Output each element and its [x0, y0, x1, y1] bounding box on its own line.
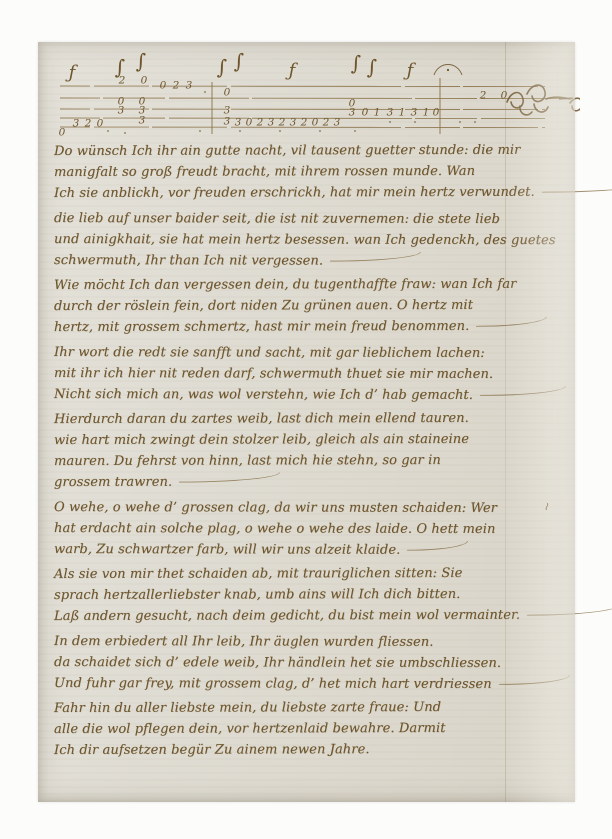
tab-digit: 3	[186, 80, 193, 92]
tab-dot	[279, 130, 281, 132]
line-end-swash	[330, 252, 421, 262]
manuscript-line: die lieb auf unser baider seit, die ist …	[54, 208, 574, 230]
rhythm-stem: ∫	[136, 49, 146, 73]
stanza: die lieb auf unser baider seit, die ist …	[54, 208, 574, 271]
rhythm-flag-f: ƒ	[285, 60, 299, 81]
stanza: Ihr wort die redt sie sanfft und sacht, …	[54, 342, 574, 405]
staff-line	[60, 98, 572, 99]
tab-dot	[204, 91, 206, 93]
rhythm-flag-f: ƒ	[403, 60, 417, 81]
manuscript-line: mauren. Du fehrst von hinn, last mich hi…	[54, 450, 574, 472]
stanza: Hierdurch daran du zartes weib, last dic…	[54, 409, 574, 493]
rhythm-stem: ∫	[351, 51, 361, 75]
manuscript-line: In dem erbiedert all Ihr leib, Ihr äugle…	[54, 631, 574, 653]
manuscript-line: Ich dir aufsetzen begür Zu ainem newen J…	[54, 739, 574, 761]
manuscript-line: Als sie von mir thet schaiden ab, mit tr…	[54, 563, 574, 585]
tab-dot	[239, 130, 241, 132]
tab-dot	[199, 130, 201, 132]
manuscript-line: Hierdurch daran du zartes weib, last dic…	[54, 408, 574, 430]
manuscript-line: O wehe, o wehe d’ grossen clag, da wir u…	[54, 497, 574, 519]
manuscript-line: sprach hertzallerliebster knab, umb ains…	[54, 584, 574, 606]
tab-digit: 3	[349, 107, 356, 119]
right-margin-ink-mark: ≀	[544, 500, 548, 513]
rhythm-stem: ∫	[217, 55, 227, 79]
tab-digit: 0	[433, 107, 440, 119]
manuscript-line: da schaidet sich d’ edele weib, Ihr händ…	[54, 652, 574, 674]
manuscript-line: mit ihr ich hier nit reden darf, schwerm…	[54, 363, 574, 385]
manuscript-line: grossem trawren.	[54, 471, 574, 493]
stanza: Do wünsch Ich ihr ain gutte nacht, vil t…	[54, 141, 574, 204]
rhythm-stem: ∫	[115, 55, 125, 79]
line-end-swash	[407, 541, 468, 551]
tab-digit: 3	[334, 117, 341, 129]
tab-digit: 3	[235, 117, 242, 129]
tab-dot	[474, 121, 476, 123]
manuscript-line: hat erdacht ain solche plag, o wehe o we…	[54, 518, 574, 540]
fermata-dot	[447, 69, 449, 71]
tab-digit: 2	[278, 117, 286, 129]
manuscript-line: hertz, mit grossem schmertz, hast mir me…	[54, 316, 574, 338]
tab-digit: 0	[141, 75, 148, 87]
tab-digit: 0	[246, 117, 253, 129]
tab-dot	[459, 121, 461, 123]
manuscript-line: Wie möcht Ich dan vergessen dein, du tug…	[54, 274, 574, 296]
tab-dot	[389, 121, 391, 123]
tab-digit: 0	[160, 80, 167, 92]
tab-digit: 3	[73, 118, 80, 130]
tab-dot	[414, 121, 416, 123]
manuscript-line: durch der röslein fein, dort niden Zu gr…	[54, 295, 574, 317]
manuscript-page: 03202002300333033302323202303013131020ƒ∫…	[38, 42, 575, 802]
tab-digit: 3	[411, 107, 418, 119]
tab-digit: 2	[300, 117, 308, 129]
manuscript-line: manigfalt so groß freudt bracht, mit ihr…	[54, 161, 574, 183]
tab-digit: 0	[224, 87, 231, 99]
tab-digit: 2	[322, 117, 330, 129]
stanza: O wehe, o wehe d’ grossen clag, da wir u…	[54, 497, 574, 560]
staff-line	[60, 86, 545, 87]
stanza: Wie möcht Ich dan vergessen dein, du tug…	[54, 275, 574, 338]
tab-digit: 2	[256, 117, 264, 129]
staff-line	[60, 109, 545, 110]
photograph-background: 03202002300333033302323202303013131020ƒ∫…	[0, 0, 612, 839]
tab-digit: 3	[139, 115, 146, 127]
tab-dot	[319, 130, 321, 132]
line-end-swash	[179, 472, 280, 482]
stanza: In dem erbiedert all Ihr leib, Ihr äugle…	[54, 631, 574, 694]
tab-digit: 3	[268, 117, 275, 129]
lute-tablature-staff: 03202002300333033302323202303013131020ƒ∫…	[55, 42, 580, 140]
tab-dot	[354, 130, 356, 132]
tab-digit: 1	[374, 107, 381, 119]
stanza: Als sie von mir thet schaiden ab, mit tr…	[54, 564, 574, 627]
tab-digit: 0	[97, 118, 104, 130]
tab-digit: 3	[224, 116, 231, 128]
manuscript-line: und ainigkhait, sie hat mein hertz beses…	[54, 229, 574, 251]
manuscript-line: schwermuth, Ihr than Ich nit vergessen.	[54, 250, 574, 272]
manuscript-line: wie hart mich zwingt dein stolzer leib, …	[54, 429, 574, 451]
manuscript-line: Do wünsch Ich ihr ain gutte nacht, vil t…	[54, 140, 574, 162]
manuscript-line: Fahr hin du aller liebste mein, du liebs…	[54, 697, 574, 719]
manuscript-line: Und fuhr gar frey, mit grossem clag, d’ …	[54, 673, 574, 695]
manuscript-line: Ihr wort die redt sie sanfft und sacht, …	[54, 342, 574, 364]
tab-digit: 0	[362, 107, 369, 119]
tab-digit: 1	[399, 107, 406, 119]
rhythm-stem: ∫	[234, 49, 244, 73]
manuscript-line: alle die wol pflegen dein, vor hertzenla…	[54, 718, 574, 740]
tab-digit: 2	[172, 80, 180, 92]
page-edge-light-strip	[506, 42, 575, 802]
tab-digit: 0	[312, 117, 319, 129]
tab-digit: 3	[290, 117, 297, 129]
stanza: Fahr hin du aller liebste mein, du liebs…	[54, 698, 574, 761]
manuscript-line: Nicht sich mich an, was wol verstehn, wi…	[54, 384, 574, 406]
manuscript-text: Do wünsch Ich ihr ain gutte nacht, vil t…	[54, 141, 574, 765]
tab-digit: 0	[59, 127, 66, 139]
tab-digit: 1	[423, 107, 430, 119]
manuscript-line: Ich sie anblickh, vor freuden erschrickh…	[54, 182, 574, 204]
manuscript-line: warb, Zu schwartzer farb, will wir uns a…	[54, 539, 574, 561]
tab-dot	[124, 132, 126, 134]
tab-digit: 3	[118, 105, 125, 117]
manuscript-line: Laß andern gesucht, nach deim gedicht, d…	[54, 605, 574, 627]
tab-digit: 3	[387, 107, 394, 119]
tab-digit: 2	[479, 90, 487, 102]
tab-dot	[107, 130, 109, 132]
tab-digit: 2	[84, 118, 92, 130]
rhythm-stem: ∫	[367, 55, 377, 79]
rhythm-flag-f: ƒ	[65, 62, 79, 83]
